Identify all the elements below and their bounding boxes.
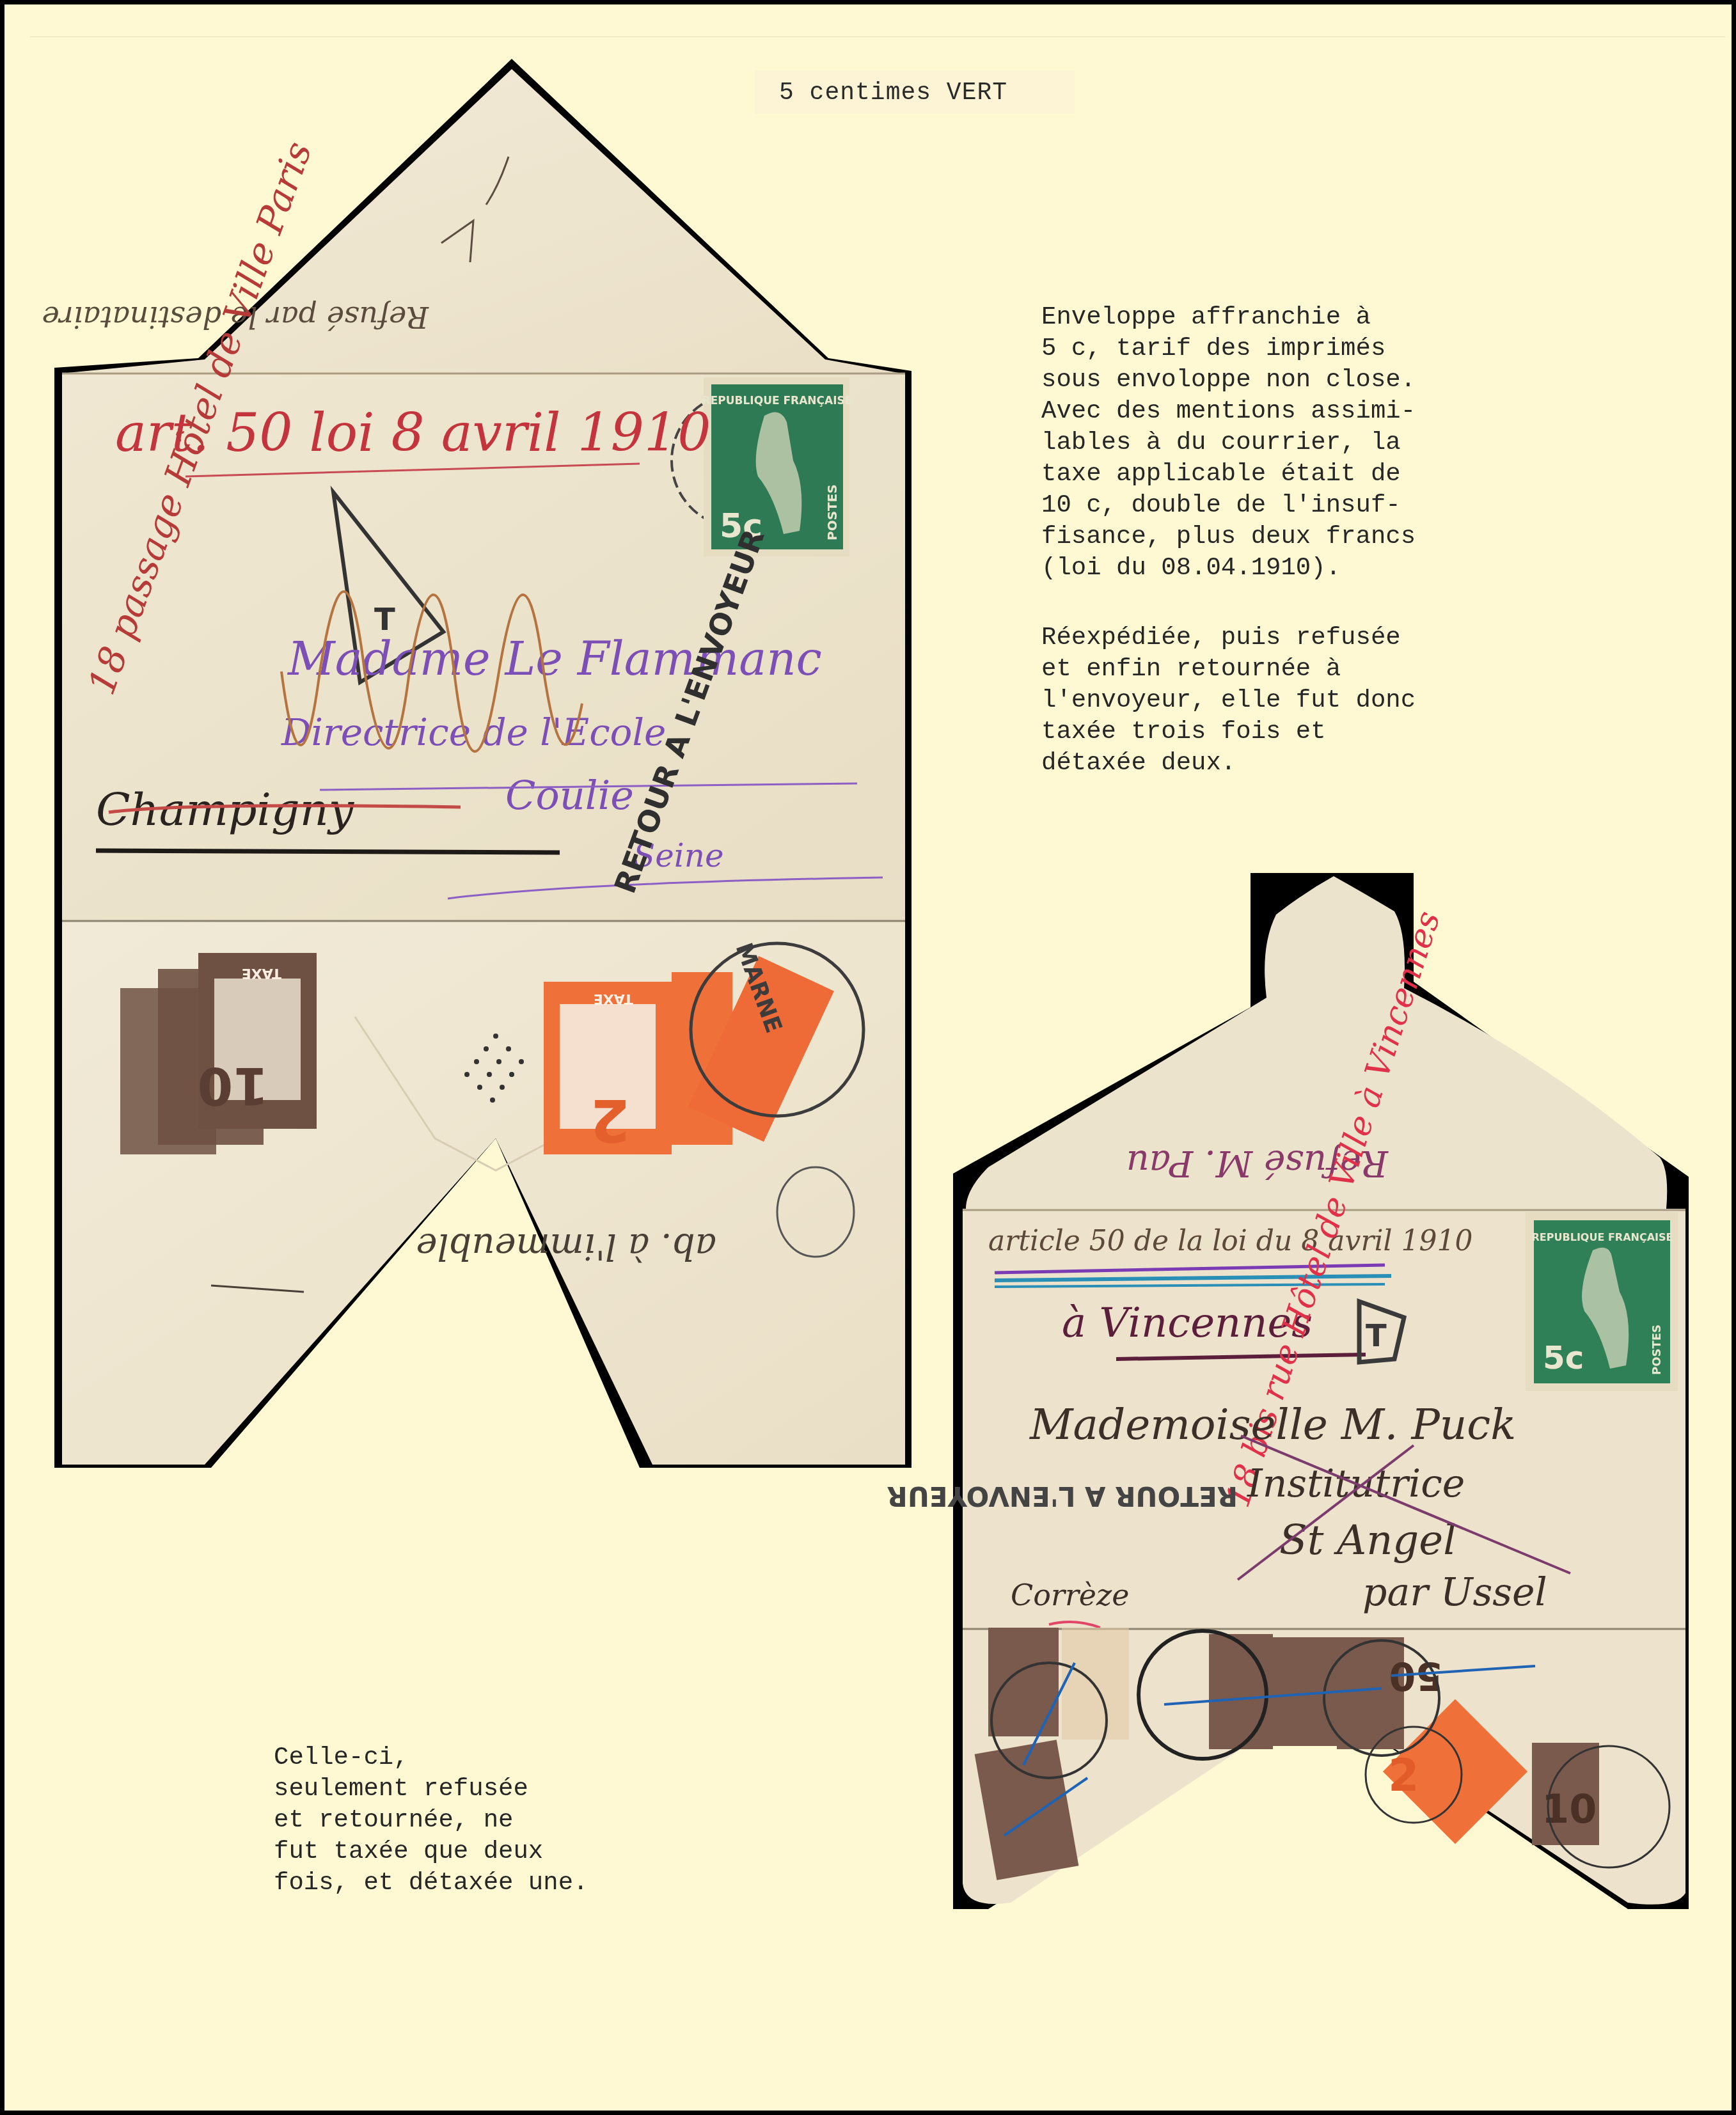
cover-2-history: Celle-ci, seulement refusée et retournée…	[274, 1742, 588, 1899]
cover-2-annotation: article 50 de la loi du 8 avril 1910	[988, 1225, 1473, 1257]
svg-text:POSTES: POSTES	[1650, 1325, 1664, 1375]
cover-2-address-line: Mademoiselle M. Puck	[1029, 1400, 1516, 1449]
cover-2-triangle-mark: T	[1366, 1318, 1387, 1354]
cover-2-back: 2 10 50	[963, 1628, 1685, 1905]
svg-text:REPUBLIQUE FRANÇAISE: REPUBLIQUE FRANÇAISE	[1532, 1231, 1673, 1243]
cover-2-address-line: par Ussel	[1362, 1570, 1547, 1615]
cover-2-front-stamp: REPUBLIQUE FRANÇAISE 5c POSTES	[1526, 1212, 1678, 1391]
cover-2: Refusé M. Pau article 50 de la loi du 8 …	[0, 0, 1736, 2115]
cover-2-flap: Refusé M. Pau	[966, 876, 1667, 1209]
cover-1-description: Enveloppe affranchie à 5 c, tarif des im…	[1041, 302, 1416, 584]
cover-2-address-line: St Angel	[1279, 1517, 1456, 1564]
cover-2-department: Corrèze	[1011, 1578, 1130, 1612]
cover-2-return-cachet: RETOUR A L'ENVOYEUR	[887, 1481, 1238, 1512]
svg-text:5c: 5c	[1543, 1339, 1584, 1376]
cover-1-history: Réexpédiée, puis refusée et enfin retour…	[1041, 622, 1416, 779]
svg-text:2: 2	[1388, 1749, 1419, 1802]
